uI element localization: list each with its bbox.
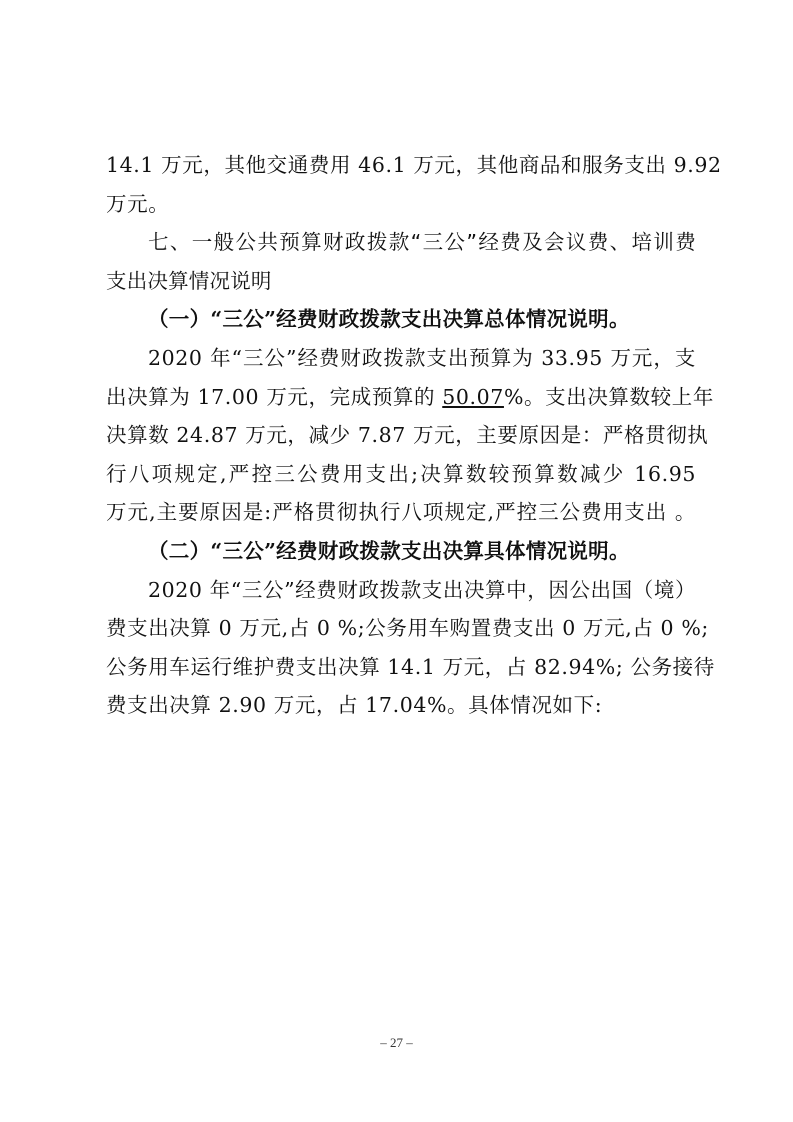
subsection-heading-line: （二）“三公”经费财政拨款支出决算具体情况说明。 bbox=[106, 532, 696, 571]
subsection-heading-line: （一）“三公”经费财政拨款支出决算总体情况说明。 bbox=[106, 300, 696, 339]
section-heading-line: 七、一般公共预算财政拨款“三公”经费及会议费、培训费 bbox=[106, 223, 696, 262]
document-page: 14.1 万元，其他交通费用 46.1 万元，其他商品和服务支出 9.92 万元… bbox=[0, 0, 793, 1122]
section-heading: 七、一般公共预算财政拨款“三公”经费及会议费、培训费 支出决算情况说明 bbox=[106, 223, 696, 300]
text-line: 万元,主要原因是:严格贯彻执行八项规定,严控三公费用支出 。 bbox=[106, 493, 696, 532]
text-line: 行八项规定,严控三公费用支出;决算数较预算数减少 16.95 bbox=[106, 455, 696, 494]
text-line: 万元。 bbox=[106, 185, 696, 224]
document-body: 14.1 万元，其他交通费用 46.1 万元，其他商品和服务支出 9.92 万元… bbox=[106, 146, 696, 725]
paragraph-overall-summary: 2020 年“三公”经费财政拨款支出预算为 33.95 万元，支 出决算为 17… bbox=[106, 339, 696, 532]
text-line: 2020 年“三公”经费财政拨款支出决算中，因公出国（境） bbox=[106, 571, 696, 610]
section-heading-line: 支出决算情况说明 bbox=[106, 262, 696, 301]
text-line: 2020 年“三公”经费财政拨款支出预算为 33.95 万元，支 bbox=[106, 339, 696, 378]
paragraph-continuation: 14.1 万元，其他交通费用 46.1 万元，其他商品和服务支出 9.92 万元… bbox=[106, 146, 696, 223]
text-line: 14.1 万元，其他交通费用 46.1 万元，其他商品和服务支出 9.92 bbox=[106, 146, 696, 185]
page-number: – 27 – bbox=[0, 1035, 793, 1051]
completion-rate-underlined: 50.07 bbox=[442, 385, 504, 409]
subsection-heading-1: （一）“三公”经费财政拨款支出决算总体情况说明。 bbox=[106, 300, 696, 339]
paragraph-detail-summary: 2020 年“三公”经费财政拨款支出决算中，因公出国（境） 费支出决算 0 万元… bbox=[106, 571, 696, 725]
text-line: 决算数 24.87 万元，减少 7.87 万元，主要原因是：严格贯彻执 bbox=[106, 416, 696, 455]
text-line: 费支出决算 2.90 万元，占 17.04%。具体情况如下: bbox=[106, 686, 696, 725]
text-line: 出决算为 17.00 万元，完成预算的 50.07%。支出决算数较上年 bbox=[106, 378, 696, 417]
text-line: 费支出决算 0 万元,占 0 %;公务用车购置费支出 0 万元,占 0 %; bbox=[106, 609, 696, 648]
subsection-heading-2: （二）“三公”经费财政拨款支出决算具体情况说明。 bbox=[106, 532, 696, 571]
text-line: 公务用车运行维护费支出决算 14.1 万元，占 82.94%; 公务接待 bbox=[106, 648, 696, 687]
text-segment: %。支出决算数较上年 bbox=[504, 385, 714, 409]
text-segment: 出决算为 17.00 万元，完成预算的 bbox=[106, 385, 435, 409]
